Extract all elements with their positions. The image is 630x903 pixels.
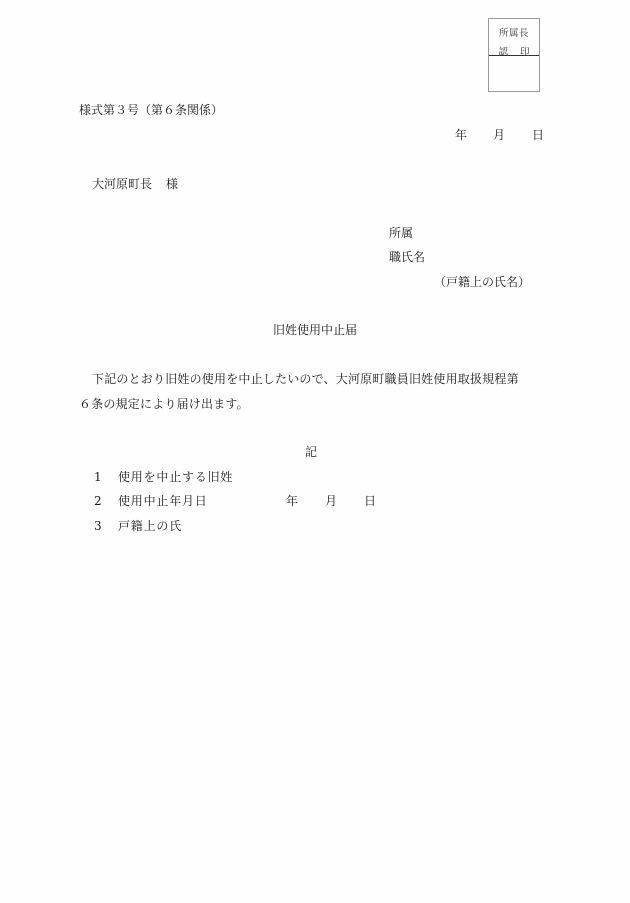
affiliation-label: 所属 — [389, 227, 413, 239]
item-label-registry-surname: 戸籍上の氏 — [118, 520, 182, 532]
item-number: 1 — [94, 471, 102, 483]
date-year-label: 年 — [455, 129, 467, 141]
addressee-name: 大河原町長 — [92, 177, 152, 191]
stamp-seal-char: 印 — [520, 47, 530, 58]
form-number: 様式第３号（第６条関係） — [79, 104, 223, 116]
body-text-line-1: 下記のとおり旧姓の使用を中止したいので、大河原町職員旧姓使用取扱規程第 — [92, 373, 519, 385]
stamp-approve-char: 認 — [498, 47, 508, 58]
addressee: 大河原町長様 — [92, 178, 178, 190]
approval-stamp-box: 所属長 認印 — [488, 18, 540, 92]
registry-name-label: （戸籍上の氏名） — [434, 276, 530, 288]
stamp-area[interactable] — [489, 56, 539, 92]
date-month-label: 月 — [493, 129, 505, 141]
item-label-old-surname: 使用を中止する旧姓 — [118, 471, 233, 483]
addressee-honorific: 様 — [166, 177, 178, 191]
document-title: 旧姓使用中止届 — [273, 324, 357, 336]
notation-heading: 記 — [305, 446, 317, 458]
item-label-stop-date: 使用中止年月日 — [118, 495, 208, 507]
date-day-label: 日 — [532, 129, 544, 141]
item-number: 3 — [94, 520, 102, 532]
body-text-line-2: ６条の規定により届け出ます。 — [79, 398, 249, 410]
stop-date-month-label: 月 — [325, 495, 337, 507]
job-name-label: 職氏名 — [389, 251, 425, 263]
stamp-box-header: 所属長 認印 — [489, 19, 539, 56]
stamp-header-title: 所属長 — [489, 25, 539, 39]
item-number: 2 — [94, 495, 102, 507]
stop-date-day-label: 日 — [364, 495, 376, 507]
stop-date-year-label: 年 — [286, 495, 298, 507]
